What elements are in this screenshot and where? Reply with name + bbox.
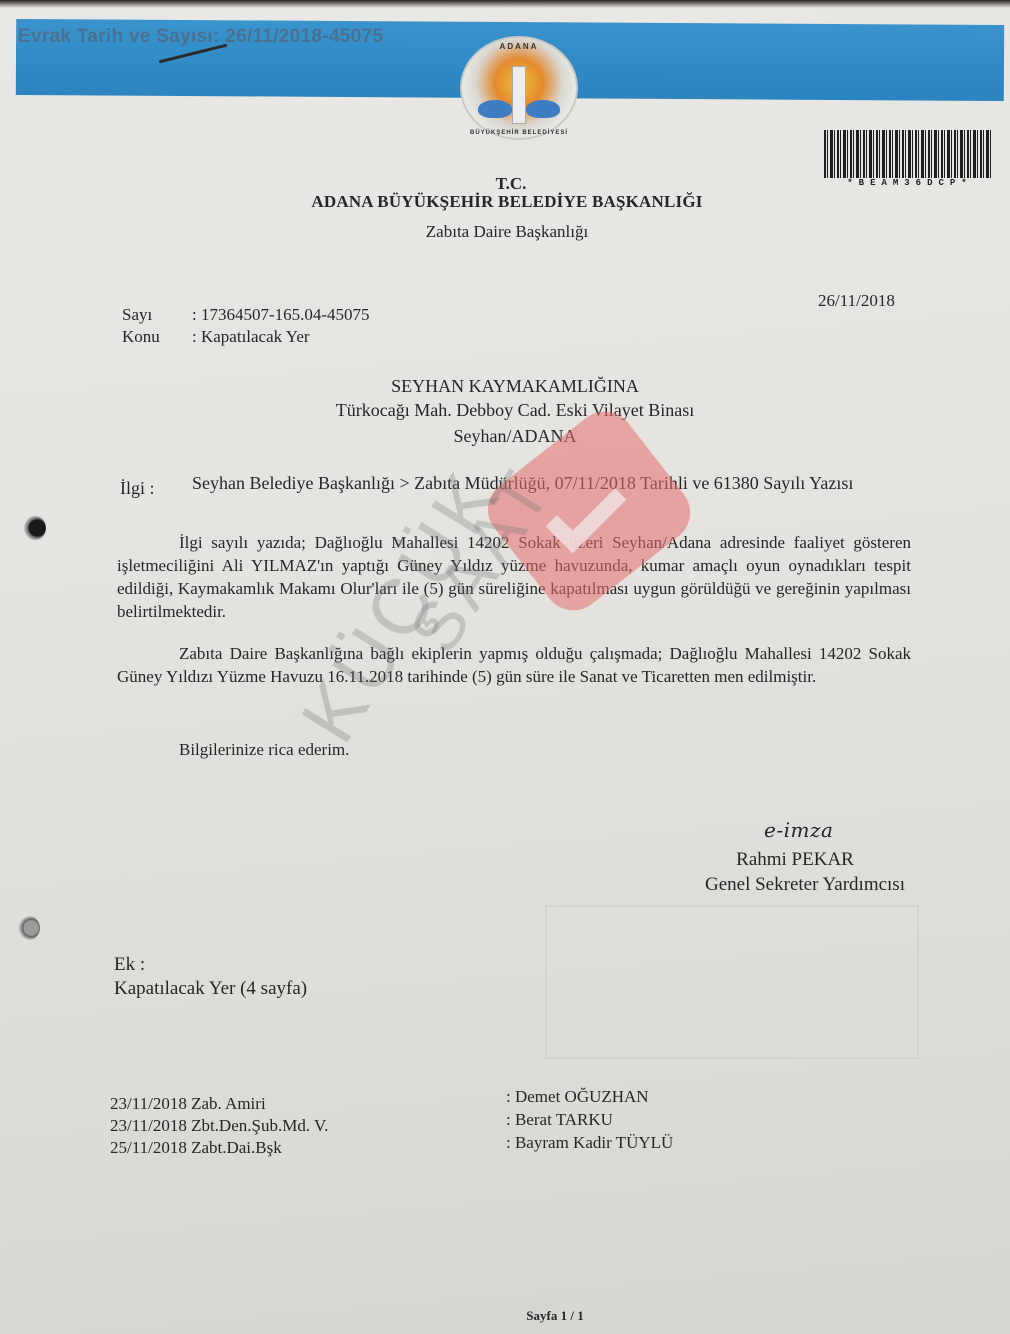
meta-number-value: : 17364507-165.04-45075 xyxy=(192,305,370,324)
approval-chain-entries: 23/11/2018 Zab. Amiri 23/11/2018 Zbt.Den… xyxy=(110,1093,328,1159)
approval-entry: 25/11/2018 Zabt.Dai.Bşk xyxy=(110,1137,328,1159)
page-number: Sayfa 1 / 1 xyxy=(0,1308,1010,1324)
punch-hole-icon xyxy=(18,916,40,940)
approver-name: : Bayram Kadir TÜYLÜ xyxy=(506,1131,673,1154)
clock-tower-icon xyxy=(512,66,526,124)
wave-icon xyxy=(478,100,512,118)
attachment-label: Ek : xyxy=(114,954,145,976)
barcode-icon xyxy=(824,130,992,178)
reference-label: İlgi : xyxy=(120,478,155,499)
approval-chain-names: : Demet OĞUZHAN : Berat TARKU : Bayram K… xyxy=(506,1085,673,1154)
photo-edge-shadow xyxy=(0,0,1010,8)
letterhead-country: T.C. xyxy=(6,174,1010,194)
letterhead-department: Zabıta Daire Başkanlığı xyxy=(2,222,1010,242)
logo-top-text: ADANA xyxy=(462,42,576,51)
meta-subject-value: : Kapatılacak Yer xyxy=(192,327,310,346)
document-page: Evrak Tarih ve Sayısı: 26/11/2018-45075 … xyxy=(0,0,1010,1334)
document-registry-number: Evrak Tarih ve Sayısı: 26/11/2018-45075 xyxy=(18,26,383,48)
recipient-address: Türkocağı Mah. Debboy Cad. Eski Vilayet … xyxy=(0,400,1010,421)
document-date: 26/11/2018 xyxy=(818,291,895,311)
logo-bottom-text: BÜYÜKŞEHİR BELEDİYESİ xyxy=(462,130,576,136)
signer-title: Genel Sekreter Yardımcısı xyxy=(660,874,950,896)
approver-name: : Berat TARKU xyxy=(506,1108,673,1131)
meta-number-row: Sayı: 17364507-165.04-45075 xyxy=(122,305,370,325)
recipient-city: Seyhan/ADANA xyxy=(0,426,1010,447)
recipient-title: SEYHAN KAYMAKAMLIĞINA xyxy=(0,376,1010,397)
body-paragraph-2: Zabıta Daire Başkanlığına bağlı ekipleri… xyxy=(117,642,911,688)
municipality-logo-icon: ADANA BÜYÜKŞEHİR BELEDİYESİ xyxy=(460,36,578,140)
bleed-through-box xyxy=(545,905,919,1059)
meta-number-label: Sayı xyxy=(122,305,192,325)
e-signature-mark: e-imza xyxy=(764,818,833,842)
approval-entry: 23/11/2018 Zab. Amiri xyxy=(110,1093,328,1115)
signer-name: Rahmi PEKAR xyxy=(650,849,940,871)
meta-subject-label: Konu xyxy=(122,327,192,347)
approver-name: : Demet OĞUZHAN xyxy=(506,1085,673,1108)
punch-hole-icon xyxy=(24,516,46,540)
approval-entry: 23/11/2018 Zbt.Den.Şub.Md. V. xyxy=(110,1115,328,1137)
wave-icon xyxy=(526,100,560,118)
closing-line: Bilgilerinize rica ederim. xyxy=(179,740,349,760)
letterhead-organization: ADANA BÜYÜKŞEHİR BELEDİYE BAŞKANLIĞI xyxy=(2,192,1010,212)
meta-subject-row: Konu: Kapatılacak Yer xyxy=(122,327,310,347)
attachment-text: Kapatılacak Yer (4 sayfa) xyxy=(114,978,307,1000)
